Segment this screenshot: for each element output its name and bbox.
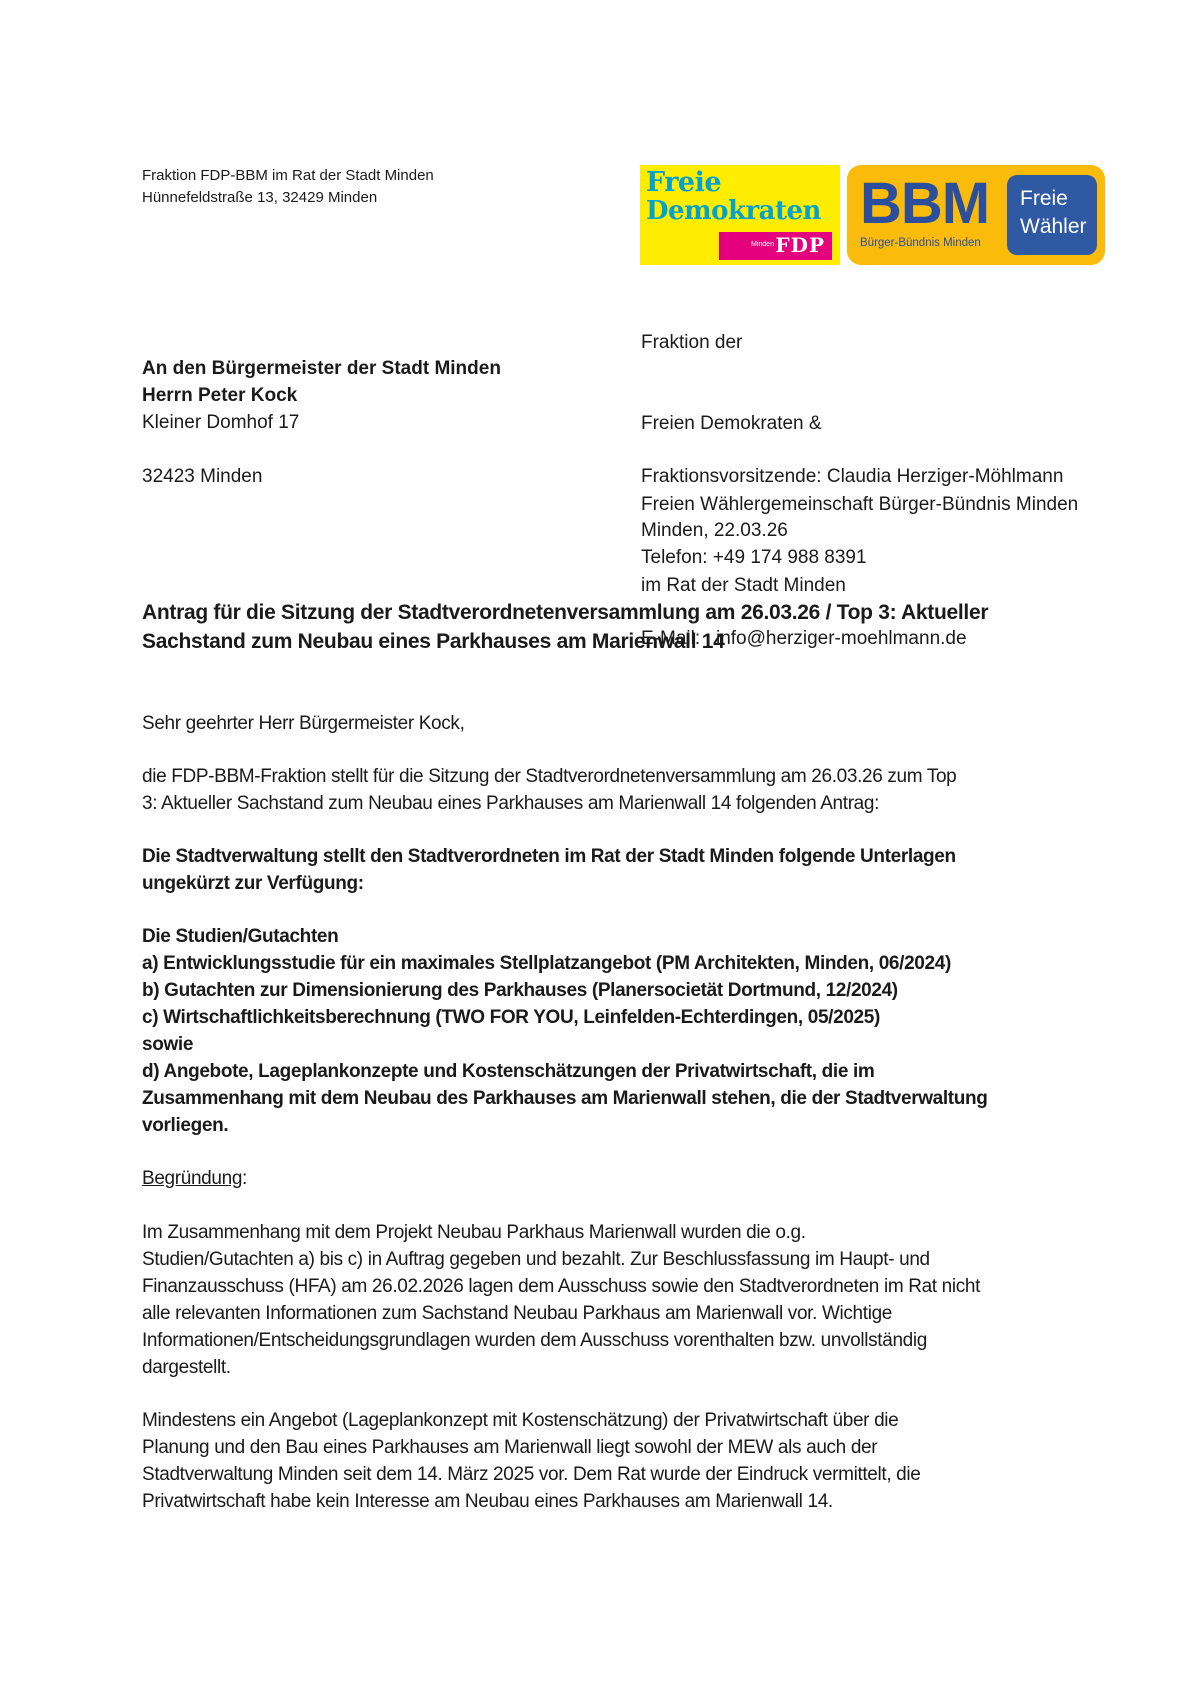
study-item-b: b) Gutachten zur Dimensionierung des Par… (142, 977, 1092, 1004)
studies-list: Die Studien/Gutachten a) Entwicklungsstu… (142, 923, 1092, 1139)
recipient-address: An den Bürgermeister der Stadt Minden He… (142, 355, 501, 490)
sender-address: Fraktion FDP-BBM im Rat der Stadt Minden… (142, 165, 434, 209)
motion-paragraph: Die Stadtverwaltung stellt den Stadtvero… (142, 843, 1092, 897)
study-item-c: c) Wirtschaftlichkeitsberechnung (TWO FO… (142, 1004, 1092, 1031)
reasoning-line: Planung und den Bau eines Parkhauses am … (142, 1434, 1092, 1461)
freie-waehler-line2: Wähler (1020, 213, 1097, 241)
letter-date: Minden, 22.03.26 (641, 517, 788, 544)
fdp-logo: Freie Demokraten Minden FDP (640, 165, 840, 265)
studies-heading: Die Studien/Gutachten (142, 923, 1092, 950)
motion-line: ungekürzt zur Verfügung: (142, 870, 1092, 897)
fdp-logo-line2: Demokraten (646, 197, 821, 225)
reasoning-line: Im Zusammenhang mit dem Projekt Neubau P… (142, 1219, 1092, 1246)
intro-paragraph: die FDP-BBM-Fraktion stellt für die Sitz… (142, 763, 1092, 817)
subject-line2: Sachstand zum Neubau eines Parkhauses am… (142, 627, 1082, 656)
faction-chair: Fraktionsvorsitzende: Claudia Herziger-M… (641, 463, 1063, 490)
sender-name: Fraktion FDP-BBM im Rat der Stadt Minden (142, 165, 434, 187)
recipient-street: Kleiner Domhof 17 (142, 409, 501, 436)
reasoning-line: alle relevanten Informationen zum Sachst… (142, 1300, 1092, 1327)
study-item-a: a) Entwicklungsstudie für ein maximales … (142, 950, 1092, 977)
fdp-logo-abbr: FDP (775, 233, 825, 257)
reasoning-heading: Begründung: (142, 1165, 1092, 1192)
contact-block: Fraktionsvorsitzende: Claudia Herziger-M… (641, 409, 1063, 706)
blank-line (142, 436, 501, 463)
bbm-logo: BBM Bürger-Bündnis Minden Freie Wähler (847, 165, 1105, 265)
sender-street: Hünnefeldstraße 13, 32429 Minden (142, 187, 434, 209)
reasoning-line: Informationen/Entscheidungsgrundlagen wu… (142, 1327, 1092, 1354)
recipient-name: Herrn Peter Kock (142, 382, 501, 409)
letter-page: Fraktion FDP-BBM im Rat der Stadt Minden… (0, 0, 1190, 1683)
freie-waehler-line1: Freie (1020, 185, 1097, 213)
fdp-logo-badge: Minden FDP (719, 232, 832, 260)
study-item-d: vorliegen. (142, 1112, 1092, 1139)
subject-line1: Antrag für die Sitzung der Stadtverordne… (142, 598, 1082, 627)
reasoning-line: Finanzausschuss (HFA) am 26.02.2026 lage… (142, 1273, 1092, 1300)
faction-line: Fraktion der (641, 329, 1078, 356)
fdp-logo-line1: Freie (646, 169, 721, 197)
party-logos: Freie Demokraten Minden FDP BBM Bürger-B… (640, 165, 1105, 265)
bbm-logo-abbr: BBM (860, 173, 989, 235)
reasoning-heading-colon: : (242, 1168, 247, 1189)
recipient-city: 32423 Minden (142, 463, 501, 490)
reasoning-heading-text: Begründung (142, 1168, 242, 1189)
subject-line: Antrag für die Sitzung der Stadtverordne… (142, 598, 1082, 656)
reasoning-paragraph-2: Mindestens ein Angebot (Lageplankonzept … (142, 1407, 1092, 1515)
bbm-logo-subtitle: Bürger-Bündnis Minden (860, 237, 981, 249)
fdp-logo-city: Minden (751, 241, 774, 248)
studies-connector: sowie (142, 1031, 1092, 1058)
intro-line: die FDP-BBM-Fraktion stellt für die Sitz… (142, 763, 1092, 790)
reasoning-line: Stadtverwaltung Minden seit dem 14. März… (142, 1461, 1092, 1488)
reasoning-line: Privatwirtschaft habe kein Interesse am … (142, 1488, 1092, 1515)
study-item-d: d) Angebote, Lageplankonzepte und Kosten… (142, 1058, 1092, 1085)
reasoning-line: dargestellt. (142, 1354, 1092, 1381)
reasoning-line: Studien/Gutachten a) bis c) in Auftrag g… (142, 1246, 1092, 1273)
reasoning-paragraph-1: Im Zusammenhang mit dem Projekt Neubau P… (142, 1219, 1092, 1381)
contact-phone: Telefon: +49 174 988 8391 (641, 544, 1063, 571)
intro-line: 3: Aktueller Sachstand zum Neubau eines … (142, 790, 1092, 817)
motion-line: Die Stadtverwaltung stellt den Stadtvero… (142, 843, 1092, 870)
salutation: Sehr geehrter Herr Bürgermeister Kock, (142, 710, 1092, 737)
study-item-d: Zusammenhang mit dem Neubau des Parkhaus… (142, 1085, 1092, 1112)
reasoning-line: Mindestens ein Angebot (Lageplankonzept … (142, 1407, 1092, 1434)
recipient-title: An den Bürgermeister der Stadt Minden (142, 355, 501, 382)
freie-waehler-badge: Freie Wähler (1007, 175, 1097, 255)
